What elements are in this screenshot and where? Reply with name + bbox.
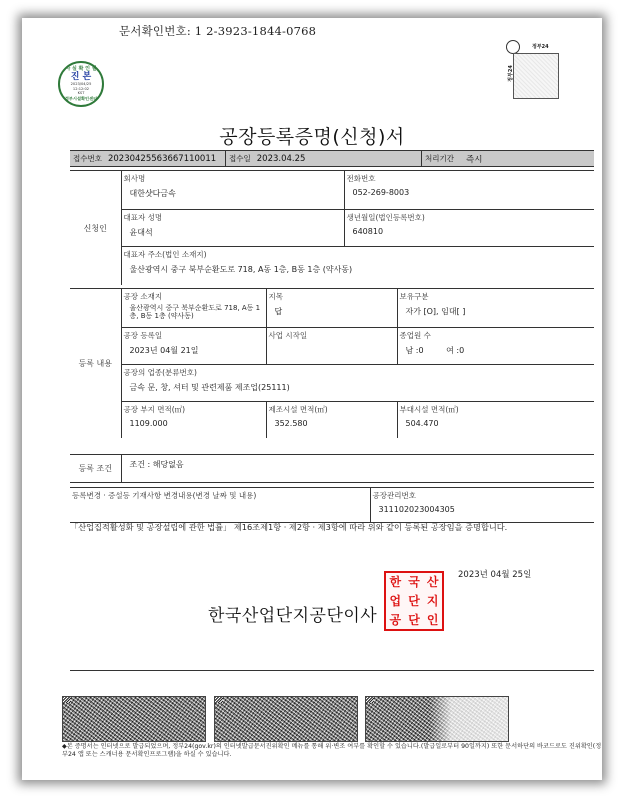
stamp-ring-bottom: 정부시설확인센터 xyxy=(65,96,97,102)
certificate-page: 문서확인번호: 1 2-3923-1844-0768 사 실 확 인 필 진 본… xyxy=(22,18,602,780)
company-name: 대한샷다금속 xyxy=(122,185,344,199)
phone-number: 052-269-8003 xyxy=(345,185,595,197)
site-area: 1109.000 xyxy=(122,416,266,428)
receipt-date: 2023.04.25 xyxy=(257,154,306,164)
issue-date: 2023년 04월 25일 xyxy=(458,568,531,580)
qr-code-icon xyxy=(513,53,559,99)
auxiliary-area: 504.470 xyxy=(398,416,595,428)
registration-date: 2023년 04월 21일 xyxy=(122,342,266,356)
divider xyxy=(70,670,594,671)
representative-name: 윤대석 xyxy=(122,224,344,238)
certification-text: 「산업집적활성화 및 공장설립에 관한 법률」 제16조제1항 · 제2항 · … xyxy=(70,521,594,534)
birth-date: 640810 xyxy=(345,224,595,236)
factory-location: 울산광역시 중구 북부순환도로 718, A동 1층, B동 1층 (약사동) xyxy=(122,303,266,320)
conditions-section: 등록 조건 조건 : 해당없음 xyxy=(70,454,594,483)
gov24-logo-icon xyxy=(506,40,520,54)
employees-female: 여 :0 xyxy=(446,346,464,355)
employee-count: 남 :0 여 :0 xyxy=(398,342,595,356)
conditions-label: 등록 조건 xyxy=(70,455,121,483)
changes-section: 등록변경 · 증설등 기재사항 변경내용(변경 날짜 및 내용) 공장관리번호 … xyxy=(70,487,594,523)
receipt-date-cell: 접수일 2023.04.25 xyxy=(226,151,422,166)
processing-period-cell: 처리기간 즉시 xyxy=(422,151,594,166)
land-category: 답 xyxy=(267,303,397,317)
applicant-section: 신청인 회사명 전화번호 대한샷다금속 052-269-8003 대표자 성명 … xyxy=(70,170,594,285)
processing-period: 즉시 xyxy=(466,153,482,165)
stamp-main: 진 본 xyxy=(71,72,92,82)
applicant-label: 신청인 xyxy=(70,171,121,286)
representative-address: 울산광역시 중구 북부순환도로 718, A동 1층, B동 1층 (약사동) xyxy=(122,261,595,275)
doc-confirm-number: 문서확인번호: 1 2-3923-1844-0768 xyxy=(119,23,316,39)
authenticity-stamp: 사 실 확 인 필 진 본 2023/04/25 12:12:02 KST 정부… xyxy=(58,61,104,107)
conditions-text: 조건 : 해당없음 xyxy=(122,455,595,470)
barcode-1 xyxy=(62,696,206,742)
changes-label: 등록변경 · 증설등 기재사항 변경내용(변경 날짜 및 내용) xyxy=(70,488,370,502)
registration-section: 등록 내용 공장 소재지 지목 보유구분 울산광역시 중구 북부순환도로 718… xyxy=(70,288,594,438)
factory-management-number: 311102023004305 xyxy=(371,502,595,514)
barcode-3 xyxy=(365,696,509,742)
official-seal-icon: 한 국 산 업 단 지 공 단 인 xyxy=(384,571,444,631)
issuer-name: 한국산업단지공단이사 xyxy=(208,601,377,626)
qr-label: 정부24 xyxy=(532,43,549,50)
manufacturing-area: 352.580 xyxy=(267,416,397,428)
business-start-date xyxy=(267,342,397,345)
industry-type: 금속 문, 창, 셔터 및 관련제품 제조업(25111) xyxy=(122,379,595,393)
barcode-2 xyxy=(214,696,358,742)
receipt-number: 20230425563667110011 xyxy=(108,154,216,164)
registration-label: 등록 내용 xyxy=(70,289,121,439)
footnote: ◆본 증명서는 인터넷으로 발급되었으며, 정부24(gov.kr)의 인터넷발… xyxy=(62,743,602,758)
receipt-header-bar: 접수번호 20230425563667110011 접수일 2023.04.25… xyxy=(70,150,594,167)
employees-male: 남 :0 xyxy=(406,346,424,355)
page-title: 공장등록증명(신청)서 xyxy=(22,122,602,149)
ownership: 자가 [O], 임대[ ] xyxy=(398,303,595,317)
receipt-number-cell: 접수번호 20230425563667110011 xyxy=(70,151,226,166)
